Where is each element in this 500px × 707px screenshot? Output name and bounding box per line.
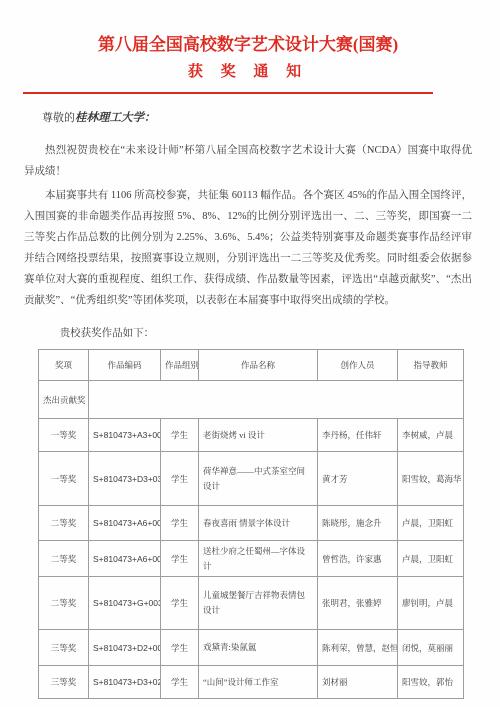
table-intro-line: 贵校获奖作品如下：: [24, 325, 472, 340]
cell-creators: 黄才芳: [318, 452, 398, 506]
cell-award: 二等奖: [39, 541, 89, 577]
cell-group: 学生: [161, 577, 199, 630]
cell-teachers: 卢晨，卫阳虹: [398, 506, 464, 541]
cell-title: 春夜喜雨 情景字体设计: [199, 506, 318, 541]
cell-teachers: 阳雪姣，葛海华: [398, 452, 464, 506]
cell-group: 学生: [161, 630, 199, 666]
cell-group: 学生: [161, 419, 199, 452]
awards-table: 奖项作品编码作品组别作品名称创作人员指导教师 杰出贡献奖一等奖S+810473+…: [38, 349, 464, 699]
cell-award: 三等奖: [39, 666, 89, 699]
greeting-school-name: 桂林理工大学：: [75, 112, 156, 124]
cell-title: 送杜少府之任蜀州—字体设计: [199, 541, 318, 577]
column-header: 指导教师: [398, 350, 464, 381]
cell-teachers: 廖钊明，卢晨: [398, 577, 464, 630]
table-row: 二等奖S+810473+A6+006学生送杜少府之任蜀州—字体设计曾哲浩，许家惠…: [39, 541, 464, 577]
cell-group: 学生: [161, 506, 199, 541]
cell-creators: 张明君，张雅婷: [318, 577, 398, 630]
greeting-prefix: 尊敬的: [42, 112, 75, 124]
cell-award: 三等奖: [39, 630, 89, 666]
cell-award: 一等奖: [39, 452, 89, 506]
cell-award: 二等奖: [39, 506, 89, 541]
group-award-cell: 杰出贡献奖: [39, 381, 89, 419]
cell-title: 荷华禅意——中式茶室空间设计: [199, 452, 318, 506]
column-header: 创作人员: [318, 350, 398, 381]
notice-document: 第八届全国高校数字艺术设计大赛(国赛) 获 奖 通 知 尊敬的桂林理工大学： 热…: [0, 0, 500, 707]
title-divider: [23, 92, 433, 94]
congratulations-paragraph: 热烈祝贺贵校在“未来设计师”杯第八届全国高校数字艺术设计大赛（NCDA）国赛中取…: [24, 140, 472, 182]
statistics-paragraph: 本届赛事共有 1106 所高校参赛，共征集 60113 幅作品。各个赛区 45%…: [24, 185, 472, 311]
cell-code: S+810473+A3+001: [89, 419, 161, 452]
cell-code: S+810473+A6+006: [89, 541, 161, 577]
cell-creators: 陈利荣，曾慧，赵恒: [318, 630, 398, 666]
header-row: 奖项作品编码作品组别作品名称创作人员指导教师: [39, 350, 464, 381]
column-header: 作品名称: [199, 350, 318, 381]
competition-title: 第八届全国高校数字艺术设计大赛(国赛): [24, 34, 472, 55]
cell-teachers: 卢晨，卫阳虹: [398, 541, 464, 577]
cell-title: 戏黛青:染氤氲: [199, 630, 318, 666]
table-row: 二等奖S+810473+A6+003学生春夜喜雨 情景字体设计陈晓彤，施念升卢晨…: [39, 506, 464, 541]
cell-title: 儿童城堡餐厅吉祥物表情包设计: [199, 577, 318, 630]
awards-table-body: 杰出贡献奖一等奖S+810473+A3+001学生老街烧烤 vi 设计李丹杨，任…: [39, 381, 464, 699]
notice-subtitle: 获 奖 通 知: [24, 60, 472, 81]
cell-creators: 曾哲浩，许家惠: [318, 541, 398, 577]
cell-code: S+810473+G+003: [89, 577, 161, 630]
cell-code: S+810473+D2+009: [89, 630, 161, 666]
cell-code: S+810473+D3+039: [89, 452, 161, 506]
cell-group: 学生: [161, 541, 199, 577]
awards-table-head: 奖项作品编码作品组别作品名称创作人员指导教师: [39, 350, 464, 381]
cell-code: S+810473+D3+023: [89, 666, 161, 699]
cell-teachers: 李树威，卢晨: [398, 419, 464, 452]
table-row: 三等奖S+810473+D3+023学生“山间”设计师工作室刘材丽阳雪姣，郭怡: [39, 666, 464, 699]
cell-teachers: 闭悦，莫丽丽: [398, 630, 464, 666]
column-header: 作品编码: [89, 350, 161, 381]
table-row: 一等奖S+810473+D3+039学生荷华禅意——中式茶室空间设计黄才芳阳雪姣…: [39, 452, 464, 506]
cell-title: “山间”设计师工作室: [199, 666, 318, 699]
column-header: 作品组别: [161, 350, 199, 381]
cell-code: S+810473+A6+003: [89, 506, 161, 541]
group-award-empty-cell: [89, 381, 464, 419]
cell-title: 老街烧烤 vi 设计: [199, 419, 318, 452]
table-row: 二等奖S+810473+G+003学生儿童城堡餐厅吉祥物表情包设计张明君，张雅婷…: [39, 577, 464, 630]
cell-creators: 陈晓彤，施念升: [318, 506, 398, 541]
greeting-line: 尊敬的桂林理工大学：: [42, 109, 472, 125]
table-row: 一等奖S+810473+A3+001学生老街烧烤 vi 设计李丹杨，任伟轩李树威…: [39, 419, 464, 452]
cell-award: 二等奖: [39, 577, 89, 630]
cell-creators: 刘材丽: [318, 666, 398, 699]
cell-teachers: 阳雪姣，郭怡: [398, 666, 464, 699]
cell-group: 学生: [161, 666, 199, 699]
table-row: 三等奖S+810473+D2+009学生戏黛青:染氤氲陈利荣，曾慧，赵恒闭悦，莫…: [39, 630, 464, 666]
cell-creators: 李丹杨，任伟轩: [318, 419, 398, 452]
cell-award: 一等奖: [39, 419, 89, 452]
cell-group: 学生: [161, 452, 199, 506]
column-header: 奖项: [39, 350, 89, 381]
group-award-row: 杰出贡献奖: [39, 381, 464, 419]
